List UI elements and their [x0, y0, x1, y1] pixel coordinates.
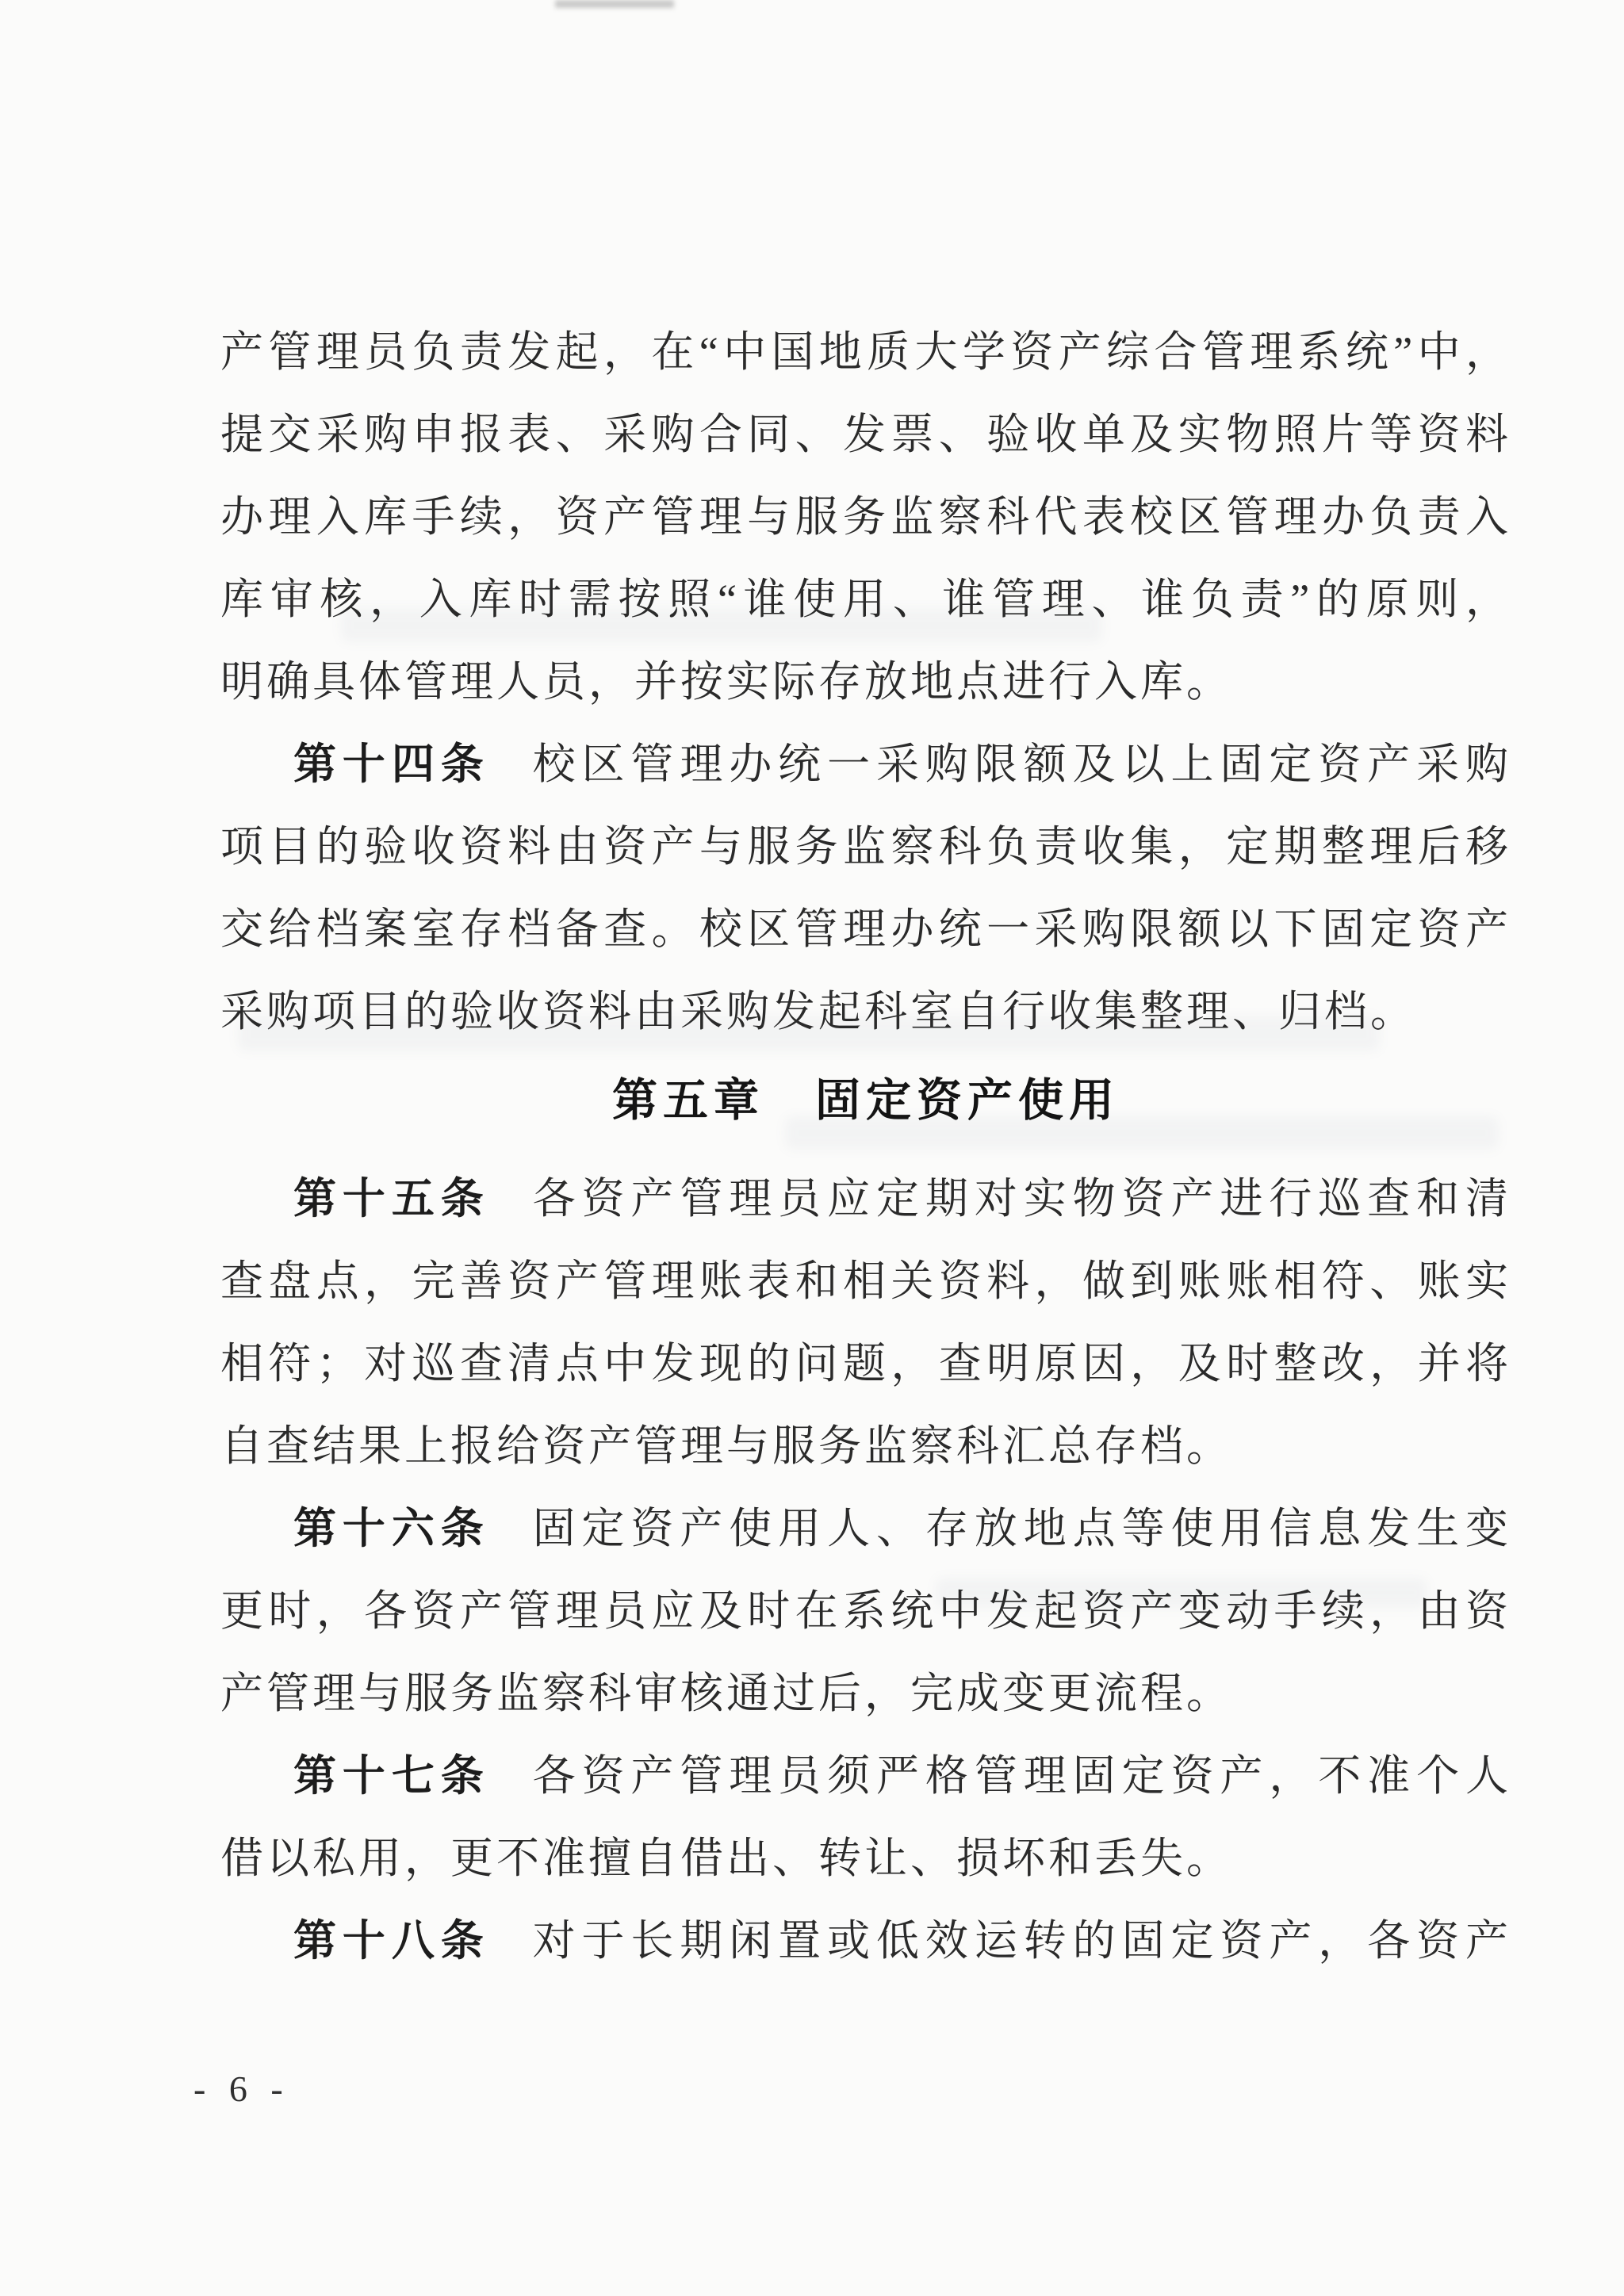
article-text: 校区管理办统一采购限额及以上固定资产采购: [530, 740, 1511, 788]
text-line: 相符；对巡查清点中发现的问题，查明原因，及时整改，并将: [220, 1322, 1511, 1405]
text-line: 交给档案室存档备查。校区管理办统一采购限额以下固定资产: [220, 888, 1511, 970]
article-number: 第十八条: [293, 1917, 490, 1965]
article-text: 固定资产使用人、存放地点等使用信息发生变: [530, 1505, 1511, 1552]
article-number: 第十六条: [293, 1505, 490, 1552]
text-line: 产管理与服务监察科审核通过后，完成变更流程。: [220, 1652, 1511, 1735]
text-line: 提交采购申报表、采购合同、发票、验收单及实物照片等资料: [220, 393, 1511, 476]
text-line: 明确具体管理人员，并按实际存放地点进行入库。: [220, 641, 1511, 723]
text-line: 库审核，入库时需按照“谁使用、谁管理、谁负责”的原则，: [220, 558, 1511, 641]
chapter-heading: 第五章 固定资产使用: [220, 1053, 1511, 1158]
document-body: 产管理员负责发起，在“中国地质大学资产综合管理系统”中，提交采购申报表、采购合同…: [220, 311, 1511, 1982]
article-text: 对于长期闲置或低效运转的固定资产，各资产: [530, 1917, 1511, 1965]
text-line: 办理入库手续，资产管理与服务监察科代表校区管理办负责入: [220, 476, 1511, 558]
text-line: 更时，各资产管理员应及时在系统中发起资产变动手续，由资: [220, 1570, 1511, 1652]
article-text: 各资产管理员应定期对实物资产进行巡查和清: [530, 1175, 1511, 1223]
article-line: 第十八条对于长期闲置或低效运转的固定资产，各资产: [220, 1900, 1511, 1982]
article-line: 第十四条校区管理办统一采购限额及以上固定资产采购: [220, 723, 1511, 806]
text-line: 查盘点，完善资产管理账表和相关资料，做到账账相符、账实: [220, 1240, 1511, 1322]
article-line: 第十七条各资产管理员须严格管理固定资产，不准个人: [220, 1735, 1511, 1817]
scan-smudge: [555, 0, 674, 8]
article-number: 第十五条: [293, 1175, 490, 1223]
page-number: - 6 -: [193, 2068, 290, 2110]
article-line: 第十六条固定资产使用人、存放地点等使用信息发生变: [220, 1487, 1511, 1570]
article-number: 第十四条: [293, 740, 490, 788]
article-text: 各资产管理员须严格管理固定资产，不准个人: [530, 1752, 1511, 1800]
text-line: 自查结果上报给资产管理与服务监察科汇总存档。: [220, 1405, 1511, 1487]
text-line: 借以私用，更不准擅自借出、转让、损坏和丢失。: [220, 1817, 1511, 1900]
article-number: 第十七条: [293, 1752, 490, 1800]
text-line: 项目的验收资料由资产与服务监察科负责收集，定期整理后移: [220, 806, 1511, 888]
text-line: 产管理员负责发起，在“中国地质大学资产综合管理系统”中，: [220, 311, 1511, 393]
article-line: 第十五条各资产管理员应定期对实物资产进行巡查和清: [220, 1158, 1511, 1240]
text-line: 采购项目的验收资料由采购发起科室自行收集整理、归档。: [220, 970, 1511, 1053]
document-page: 产管理员负责发起，在“中国地质大学资产综合管理系统”中，提交采购申报表、采购合同…: [0, 0, 1624, 2296]
